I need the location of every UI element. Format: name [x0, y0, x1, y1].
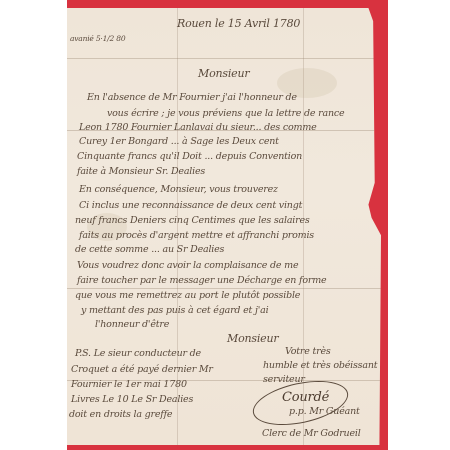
salutation: Monsieur: [198, 67, 249, 80]
signature-sub: p.p. Mr Guéant: [289, 406, 360, 417]
postscript-line: Livres Le 10 Le Sr Dealies: [71, 394, 193, 405]
postscript-line: doit en droits la greffe: [69, 409, 172, 420]
closing-line: humble et très obéissant: [263, 360, 377, 371]
closing-salutation: Monsieur: [227, 332, 278, 345]
fold-line: [67, 58, 381, 59]
postscript-line: Croquet a été payé dernier Mr: [71, 364, 213, 375]
body-line: Curey 1er Bongard ... à Sage les Deux ce…: [79, 136, 279, 147]
body-line: y mettant des pas puis à cet égard et j'…: [81, 305, 268, 316]
body-line: Cinquante francs qu'il Doit ... depuis C…: [77, 151, 302, 162]
signature: Courdé: [282, 390, 329, 405]
postscript-line: P.S. Le sieur conducteur de: [75, 348, 201, 359]
body-line: vous écrire ; je vous préviens que la le…: [107, 108, 344, 119]
body-line: faits au procès d'argent mettre et affra…: [79, 230, 314, 241]
body-line: faire toucher par le messager une Déchar…: [77, 275, 326, 286]
body-line: neuf francs Deniers cinq Centimes que le…: [75, 215, 310, 226]
body-line: Ci inclus une reconnaissance de deux cen…: [79, 200, 302, 211]
body-line: faite à Monsieur Sr. Dealies: [77, 166, 205, 177]
signature-footer: Clerc de Mr Godrueil: [262, 428, 361, 439]
letter-paper: avanié 5·1/2 80 Rouen le 15 Avril 1780 M…: [67, 8, 381, 445]
body-line: l'honneur d'être: [95, 319, 169, 330]
body-line: En conséquence, Monsieur, vous trouverez: [79, 184, 278, 195]
fold-line: [67, 288, 381, 289]
margin-note: avanié 5·1/2 80: [70, 34, 125, 43]
body-line: En l'absence de Mr Fournier j'ai l'honne…: [87, 92, 297, 103]
postscript-line: Fournier le 1er mai 1780: [71, 379, 187, 390]
closing-line: Votre très: [285, 346, 331, 357]
body-line: Vous voudrez donc avoir la complaisance …: [77, 260, 298, 271]
body-line: de cette somme ... au Sr Dealies: [75, 244, 224, 255]
dateline: Rouen le 15 Avril 1780: [177, 17, 300, 30]
body-line: Leon 1780 Fournier Lanlavai du sieur... …: [79, 122, 317, 133]
body-line: que vous me remettrez au port le plutôt …: [75, 290, 300, 301]
